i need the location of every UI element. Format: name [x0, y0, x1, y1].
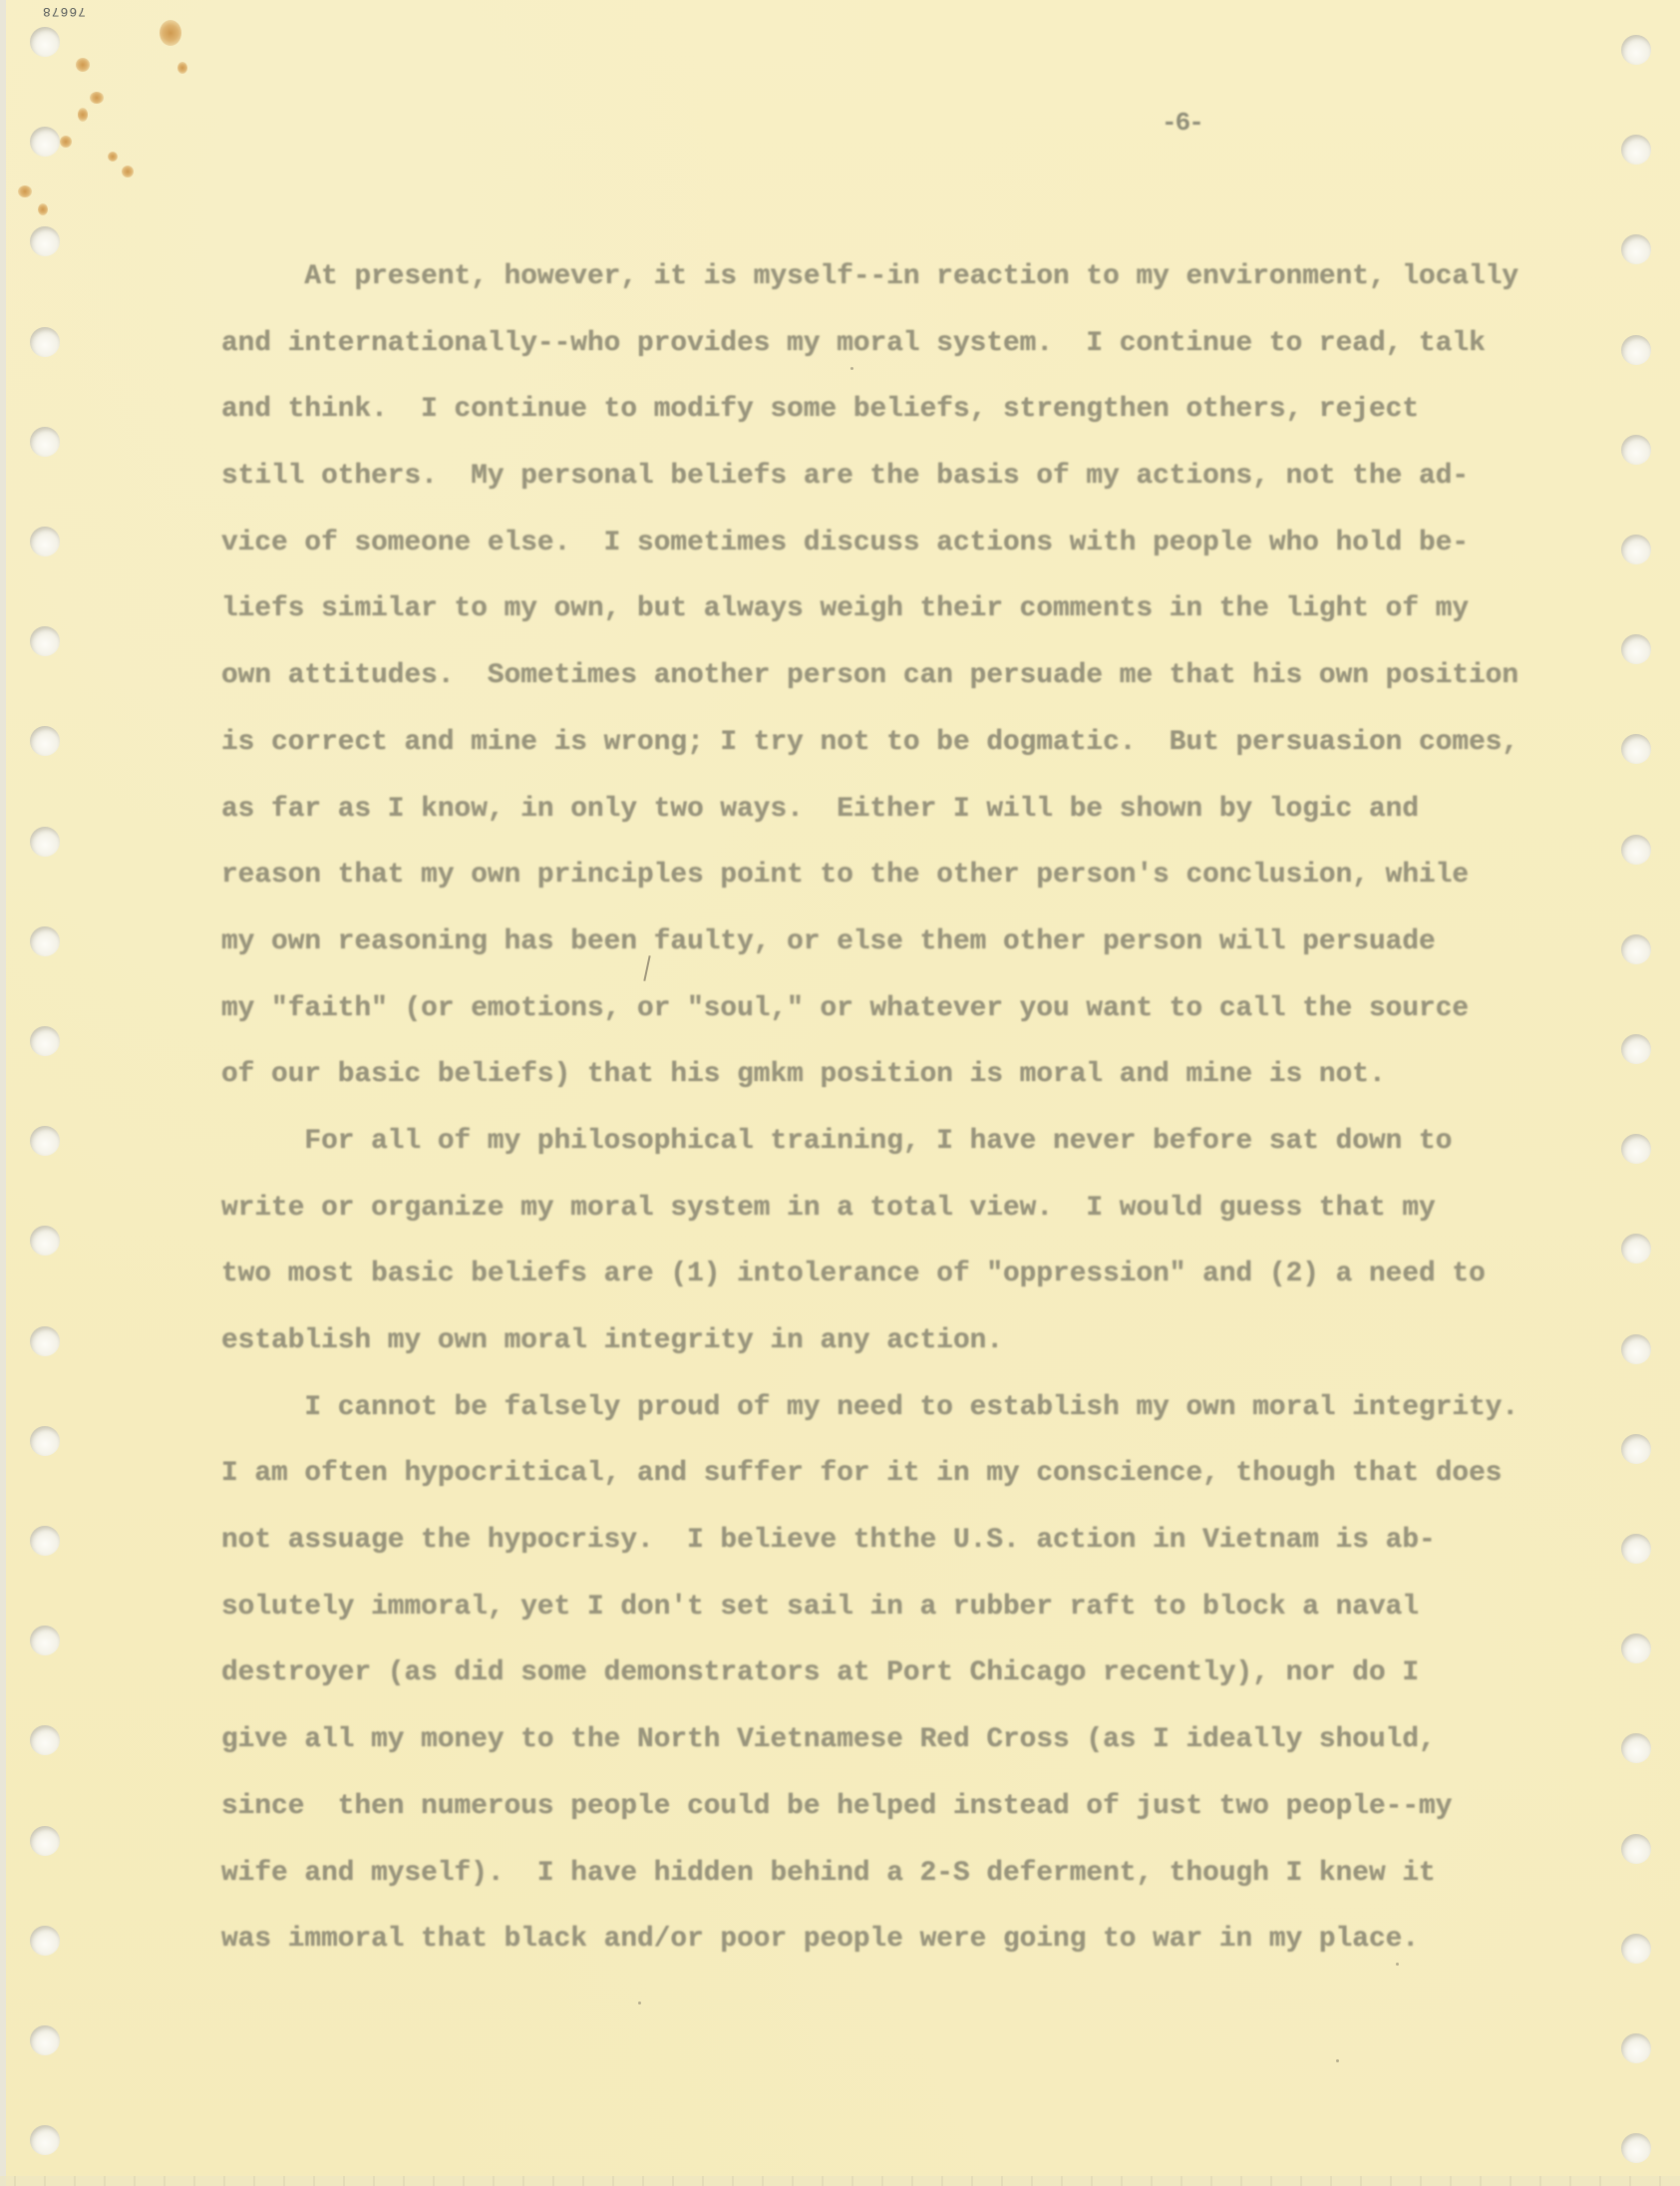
feed-hole-right	[1621, 1834, 1651, 1864]
feed-hole-left	[30, 527, 60, 556]
rust-stain	[78, 108, 88, 122]
feed-hole-right	[1621, 234, 1651, 264]
feed-hole-left	[30, 226, 60, 256]
text-line: as far as I know, in only two ways. Eith…	[221, 777, 1557, 844]
typed-body-text: At present, however, it is myself--in re…	[221, 244, 1557, 1974]
feed-hole-left	[30, 726, 60, 756]
feed-hole-left	[30, 327, 60, 357]
feed-hole-right	[1621, 734, 1651, 764]
text-line: I cannot be falsely proud of my need to …	[221, 1375, 1557, 1442]
rust-stain	[108, 152, 118, 162]
text-line: not assuage the hypocrisy. I believe tht…	[221, 1508, 1557, 1575]
feed-hole-left	[30, 2025, 60, 2055]
rust-stain	[177, 62, 187, 74]
ink-speck	[638, 2002, 641, 2004]
paper-edge	[0, 0, 6, 2186]
typed-page: 76678 -6- At present, however, it is mys…	[0, 0, 1680, 2186]
feed-hole-left	[30, 1926, 60, 1956]
text-line: of our basic beliefs) that his gmkm posi…	[221, 1042, 1557, 1109]
feed-hole-right	[1621, 2133, 1651, 2163]
feed-hole-left	[30, 1226, 60, 1256]
text-line: wife and myself). I have hidden behind a…	[221, 1841, 1557, 1908]
feed-hole-right	[1621, 435, 1651, 465]
feed-hole-right	[1621, 1534, 1651, 1564]
rust-stain	[60, 136, 72, 148]
text-line: own attitudes. Sometimes another person …	[221, 643, 1557, 710]
feed-hole-right	[1621, 135, 1651, 165]
feed-hole-right	[1621, 835, 1651, 865]
feed-hole-right	[1621, 1334, 1651, 1364]
tractor-feed-edge	[0, 2176, 1680, 2186]
feed-hole-left	[30, 1626, 60, 1655]
text-line: For all of my philosophical training, I …	[221, 1109, 1557, 1176]
text-line: give all my money to the North Vietnames…	[221, 1707, 1557, 1774]
ink-speck	[1336, 2059, 1339, 2062]
ink-speck	[1396, 1963, 1399, 1966]
feed-hole-left	[30, 1826, 60, 1856]
feed-hole-left	[30, 1326, 60, 1356]
text-line: two most basic beliefs are (1) intoleran…	[221, 1242, 1557, 1308]
text-line: vice of someone else. I sometimes discus…	[221, 511, 1557, 577]
feed-hole-left	[30, 2125, 60, 2155]
feed-hole-right	[1621, 335, 1651, 365]
rust-stain	[122, 166, 134, 178]
feed-hole-left	[30, 626, 60, 656]
rust-stain	[18, 185, 32, 197]
feed-hole-right	[1621, 35, 1651, 65]
text-line: reason that my own principles point to t…	[221, 843, 1557, 910]
text-line: was immoral that black and/or poor peopl…	[221, 1907, 1557, 1974]
feed-hole-right	[1621, 1634, 1651, 1663]
text-line: destroyer (as did some demonstrators at …	[221, 1640, 1557, 1707]
feed-hole-right	[1621, 2033, 1651, 2063]
feed-hole-right	[1621, 1733, 1651, 1763]
text-line: still others. My personal beliefs are th…	[221, 444, 1557, 511]
feed-hole-left	[30, 427, 60, 457]
feed-hole-left	[30, 926, 60, 956]
feed-hole-right	[1621, 1234, 1651, 1264]
text-line: establish my own moral integrity in any …	[221, 1308, 1557, 1375]
text-line: At present, however, it is myself--in re…	[221, 244, 1557, 311]
feed-hole-right	[1621, 1034, 1651, 1064]
text-line: and think. I continue to modify some bel…	[221, 377, 1557, 444]
feed-hole-left	[30, 1526, 60, 1556]
text-line: liefs similar to my own, but always weig…	[221, 576, 1557, 643]
page-number: -6-	[1162, 108, 1202, 138]
rust-stain	[90, 92, 104, 104]
text-line: solutely immoral, yet I don't set sail i…	[221, 1575, 1557, 1641]
text-line: I am often hypocritical, and suffer for …	[221, 1441, 1557, 1508]
feed-hole-left	[30, 1126, 60, 1156]
feed-hole-right	[1621, 634, 1651, 664]
feed-hole-left	[30, 27, 60, 57]
feed-hole-left	[30, 827, 60, 857]
feed-hole-right	[1621, 1134, 1651, 1164]
feed-hole-right	[1621, 535, 1651, 564]
feed-hole-left	[30, 127, 60, 157]
rust-stain	[38, 203, 48, 215]
feed-hole-left	[30, 1725, 60, 1755]
text-line: my "faith" (or emotions, or "soul," or w…	[221, 976, 1557, 1043]
ink-speck	[850, 367, 853, 370]
feed-hole-left	[30, 1426, 60, 1456]
text-line: and internationally--who provides my mor…	[221, 311, 1557, 378]
text-line: is correct and mine is wrong; I try not …	[221, 710, 1557, 777]
rust-stain	[76, 58, 90, 72]
feed-hole-right	[1621, 1934, 1651, 1964]
text-line: write or organize my moral system in a t…	[221, 1176, 1557, 1243]
archive-stamp: 76678	[42, 4, 86, 19]
text-line: my own reasoning has been faulty, or els…	[221, 910, 1557, 976]
text-line: since then numerous people could be help…	[221, 1774, 1557, 1841]
rust-stain	[160, 20, 181, 46]
feed-hole-right	[1621, 934, 1651, 964]
feed-hole-left	[30, 1026, 60, 1056]
feed-hole-right	[1621, 1434, 1651, 1464]
